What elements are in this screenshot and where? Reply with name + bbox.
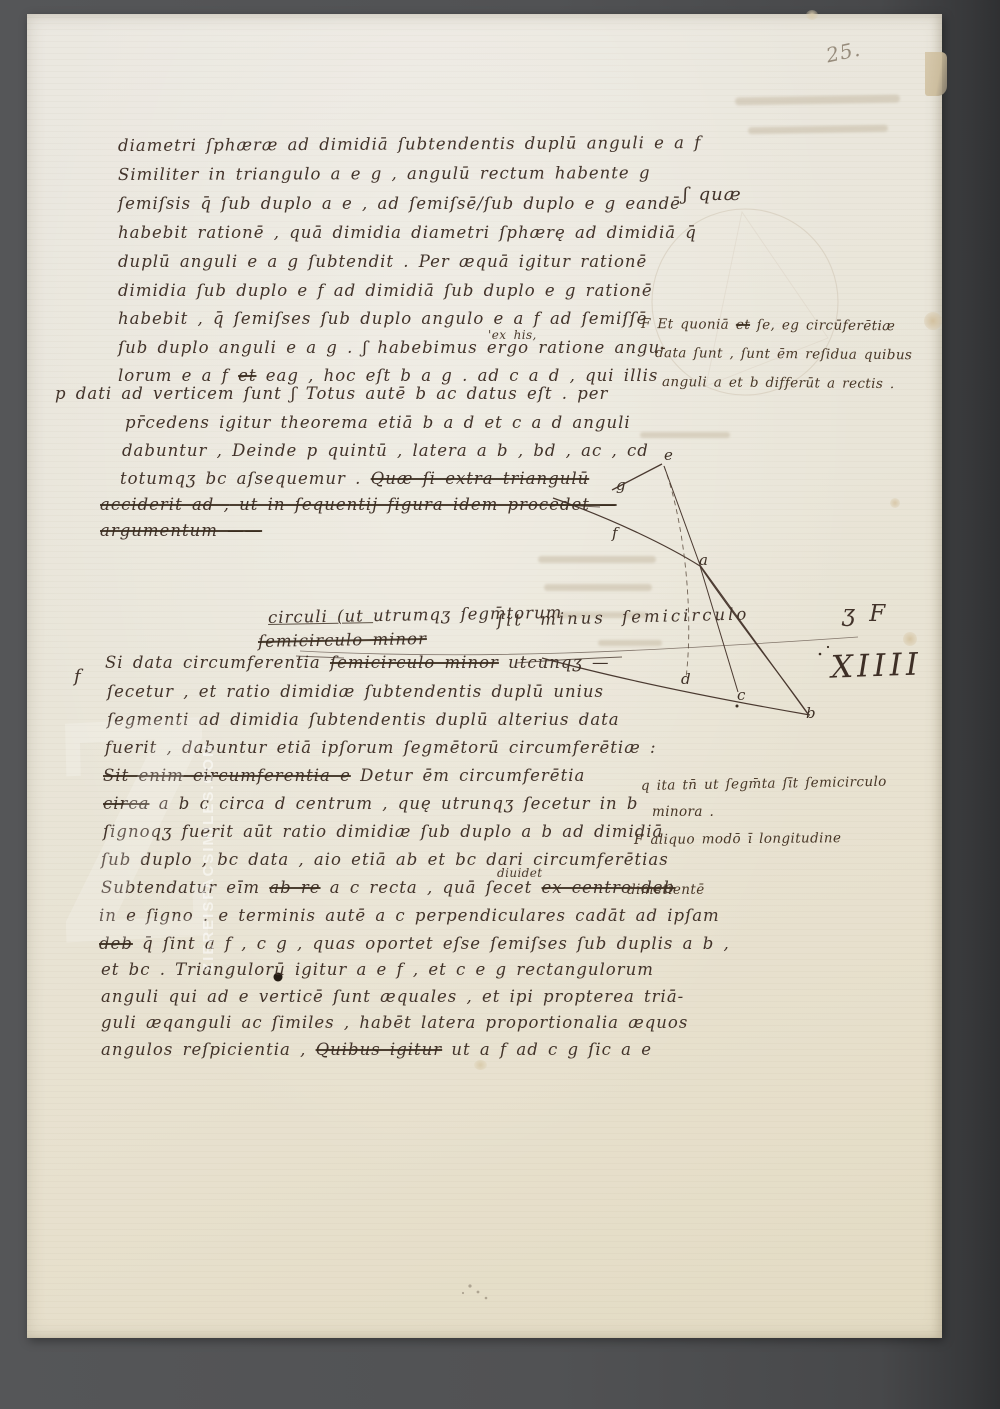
struck-text: ſemicirculo minor: [258, 629, 427, 651]
manuscript-text-line: b: [806, 706, 816, 721]
struck-text: ſemicirculo minor: [330, 653, 499, 672]
handwritten-text: a: [699, 551, 708, 569]
handwritten-text: F Et quoniā: [641, 316, 736, 333]
handwritten-text: circuli (ut: [268, 606, 373, 627]
handwritten-text: anguli qui ad e verticē ſunt æquales , e…: [101, 987, 684, 1006]
manuscript-text-line: f: [612, 526, 618, 541]
manuscript-text-line: deb q̄ ſint a f , c g , quas oportet eſs…: [99, 936, 730, 953]
handwritten-text: diuidet: [497, 866, 543, 880]
manuscript-text-line: habebit rationē , quā dimidia diametri ſ…: [118, 225, 697, 242]
handwritten-text: ut a f ad c g ſic a e: [442, 1040, 652, 1059]
handwritten-text: anguli a et b differūt a rectis .: [662, 374, 895, 392]
manuscript-text-line: dabuntur , Deinde p quintū , latera a b …: [122, 443, 649, 460]
manuscript-text-line: F aliquo modō ī longitudine: [634, 832, 841, 847]
handwritten-text: ſub duplo , bc data , aio etiā ab et bc …: [101, 850, 669, 869]
manuscript-text-line: anguli a et b differūt a rectis .: [662, 376, 895, 392]
manuscript-text-line: acciderit ad , ut in ſequentij figura id…: [100, 497, 617, 514]
manuscript-text-line: et bc . Triangulorū igitur a e f , et c …: [101, 962, 654, 979]
handwritten-text: c: [737, 686, 745, 704]
handwritten-text: diametri ſphæræ ad dimidiā ſubtendentis …: [118, 133, 701, 155]
struck-text: deb: [99, 934, 133, 953]
manuscript-text-line: Similiter in triangulo a e g , angulū re…: [118, 165, 651, 183]
handwritten-text: b: [806, 704, 816, 722]
handwritten-text: ſe, eg circūferētiæ: [750, 317, 895, 334]
manuscript-text-line: ſemiſsis q̄ ſub duplo a e , ad ſemiſsē/ſ…: [118, 196, 681, 213]
handwritten-text: ſemiſsis q̄ ſub duplo a e , ad ſemiſsē/ſ…: [118, 194, 681, 213]
manuscript-text-line: ſegmenti ad dimidia ſubtendentis duplū a…: [107, 712, 620, 729]
manuscript-text-line: e: [664, 448, 673, 463]
manuscript-text-line: ſecetur , et ratio dimidiæ ſubtendentis …: [107, 684, 604, 701]
manuscript-text-line: duplū anguli e a g ſubtendit . Per æquā …: [118, 254, 647, 271]
handwritten-text: guli æqanguli ac ſimiles , habēt latera …: [101, 1013, 688, 1032]
manuscript-text-line: angulos reſpicientia , Quibus igitur ut …: [101, 1042, 652, 1059]
handwritten-text: lorum e a f: [118, 366, 238, 385]
struck-text: acciderit ad ,: [100, 495, 230, 514]
handwritten-text: ſignoqʒ fuerit aūt ratio dimidiæ ſub dup…: [103, 822, 663, 841]
chapter-numeral: XIIII: [830, 646, 922, 685]
manuscript-text-line: F Et quoniā et ſe, eg circūferētiæ: [641, 318, 895, 334]
handwritten-text: in e ſigno . e terminis autē a c perpend…: [99, 906, 720, 925]
manuscript-text-line: circa a b c circa d centrum , quę utrunq…: [103, 796, 639, 813]
manuscript-text-line: ſub duplo anguli e a g . ʃ habebimus erg…: [118, 340, 667, 357]
handwritten-text: d: [681, 670, 691, 688]
torn-edge-chip: [925, 52, 947, 96]
manuscript-text-line: ſub duplo , bc data , aio etiā ab et bc …: [101, 852, 669, 869]
handwritten-text: Similiter in triangulo a e g , angulū re…: [118, 163, 651, 184]
manuscript-text-line: p dati ad verticem ſunt ʃ Totus autē b a…: [55, 386, 608, 403]
manuscript-text-line: diametri ſphæræ ad dimidiā ſubtendentis …: [118, 135, 701, 155]
manuscript-text-line: anguli qui ad e verticē ſunt æquales , e…: [101, 989, 684, 1006]
manuscript-text-line: 'ex his,: [488, 329, 537, 341]
manuscript-text-line: a: [699, 553, 708, 568]
handwritten-text: ʃ quæ: [683, 184, 742, 205]
manuscript-text-line: d: [681, 672, 691, 687]
manuscript-text-line: pr̄cedens igitur theorema etiā b a d et …: [125, 415, 631, 432]
struck-text: Sit enim circumferentia e: [103, 766, 351, 785]
handwritten-text: Si data circumferentia: [105, 653, 330, 672]
manuscript-text-line: fuerit , dabuntur etiā ipſorum ſegmētorū…: [105, 740, 657, 757]
manuscript-text-line: totumqʒ bc aſsequemur . Quæ ſi extra tri…: [120, 471, 589, 488]
handwritten-text: f: [74, 666, 82, 687]
handwritten-text: fuerit , dabuntur etiā ipſorum ſegmētorū…: [105, 738, 657, 757]
manuscript-text-line: in e ſigno . e terminis autē a c perpend…: [99, 908, 720, 925]
handwritten-text: q̄ ſint a f , c g , quas oportet eſse ſe…: [133, 934, 730, 953]
handwritten-text: a c recta , quā ſecet: [321, 878, 542, 897]
struck-text: argumentum ——: [100, 521, 262, 540]
handwritten-text: e: [664, 446, 673, 464]
handwritten-text: p dati ad verticem ſunt ʃ Totus autē b a…: [55, 384, 608, 403]
manuscript-text-line: lorum e a f et eag , hoc eſt b a g . ad …: [118, 368, 658, 385]
handwritten-text: habebit rationē , quā dimidia diametri ſ…: [118, 223, 697, 242]
handwritten-text: ſegmenti ad dimidia ſubtendentis duplū a…: [107, 710, 620, 729]
manuscript-text-line: Si data circumferentia ſemicirculo minor…: [105, 655, 610, 672]
manuscript-text-line: guli æqanguli ac ſimiles , habēt latera …: [101, 1015, 688, 1032]
handwritten-text: angulos reſpicientia ,: [101, 1040, 316, 1059]
handwritten-text: f: [612, 524, 618, 542]
manuscript-text-line: ſemicirculo minor: [258, 631, 427, 650]
struck-text: Quæ ſi extra triangulū: [371, 469, 590, 488]
handwritten-text: ſub duplo anguli e a g . ʃ habebimus erg…: [118, 338, 667, 357]
manuscript-text-line: habebit , q̄ ſemiſses ſub duplo angulo e…: [118, 311, 647, 328]
handwritten-text: habebit , q̄ ſemiſses ſub duplo angulo e…: [118, 309, 647, 328]
manuscript-text-line: f: [74, 668, 82, 686]
struck-text: Quibus igitur: [316, 1040, 443, 1059]
handwritten-text: 'ex his,: [488, 328, 537, 342]
manuscript-text-line: Sit enim circumferentia e Detur ēm circu…: [103, 768, 585, 785]
manuscript-text-line: dimetientē: [627, 884, 705, 898]
struck-text: ut in ſequentij figura idem procedet —: [230, 495, 617, 514]
manuscript-text-line: ʒ F: [842, 603, 887, 626]
handwritten-text: g: [616, 476, 626, 494]
handwritten-text: utcunqʒ —: [499, 653, 610, 672]
handwritten-text: ſecetur , et ratio dimidiæ ſubtendentis …: [107, 682, 604, 701]
manuscript-text-line: c: [737, 688, 745, 703]
manuscript-text-line: g: [616, 478, 626, 493]
handwritten-text: Detur ēm circumferētia: [351, 766, 585, 785]
manuscript-text-line: minora .: [652, 806, 714, 820]
handwritten-text: dabuntur , Deinde p quintū , latera a b …: [122, 441, 649, 460]
manuscript-text-line: argumentum ——: [100, 523, 262, 540]
handwritten-text: a b c circa d centrum , quę utrunqʒ ſece…: [149, 794, 638, 813]
struck-text: ab re: [269, 878, 320, 897]
handwritten-text: data ſunt , ſunt ēm reſidua quibus: [655, 345, 912, 363]
handwritten-text: pr̄cedens igitur theorema etiā b a d et …: [125, 413, 631, 432]
manuscript-text-line: Subtendatur eīm ab re a c recta , quā ſe…: [101, 880, 675, 897]
struck-text: circa: [103, 794, 149, 813]
manuscript-text-line: diuidet: [497, 867, 543, 879]
manuscript-text-line: data ſunt , ſunt ēm reſidua quibus: [655, 347, 912, 363]
handwritten-text: duplū anguli e a g ſubtendit . Per æquā …: [118, 252, 647, 271]
handwritten-text: F aliquo modō ī longitudine: [634, 830, 841, 848]
handwritten-text: ʒ F: [842, 601, 887, 627]
struck-text: et: [238, 366, 256, 385]
handwritten-text: eag , hoc eſt b a g . ad c a d , qui ill…: [256, 366, 658, 385]
struck-text: et: [736, 317, 750, 333]
handwritten-text: et bc . Triangulorū igitur a e f , et c …: [101, 960, 654, 979]
handwritten-text: dimetientē: [627, 882, 705, 898]
handwritten-text: Subtendatur eīm: [101, 878, 269, 897]
manuscript-text-line: dimidia ſub duplo e f ad dimidiā ſub dup…: [118, 283, 653, 300]
photo-backdrop: diametri ſphæræ ad dimidiā ſubtendentis …: [0, 0, 1000, 1409]
manuscript-text-line: ʃ quæ: [683, 186, 742, 204]
handwritten-text: totumqʒ bc aſsequemur .: [120, 469, 371, 488]
handwritten-text: dimidia ſub duplo e f ad dimidiā ſub dup…: [118, 281, 653, 300]
handwritten-text: minora .: [652, 804, 714, 820]
manuscript-text-line: ſignoqʒ fuerit aūt ratio dimidiæ ſub dup…: [103, 824, 663, 841]
